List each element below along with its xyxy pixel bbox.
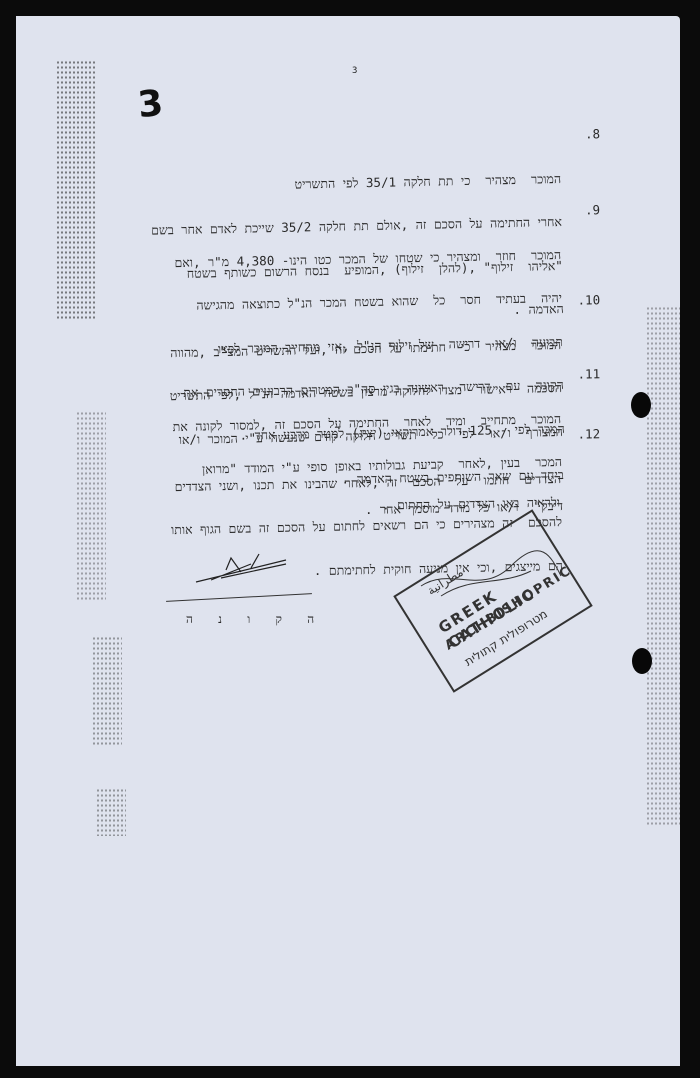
clause-number: .9	[585, 203, 600, 218]
clause-line: הצדדים חתמו על הסכם זה ,לאחר שהבינו את ת…	[41, 471, 561, 496]
scan-speckle-left-bottom	[96, 788, 126, 836]
clause-line: המוכר מצהיר כי חתימתו על הסכם זה ,ועל הת…	[41, 337, 561, 362]
seller-signature-over-stamp	[411, 536, 571, 616]
buyer-signature-label: ה ק ו נ ה	[186, 612, 323, 627]
clause-number: .10	[577, 293, 600, 308]
document-page: 3 3 .8 המוכר מצהיר כי תת חלקה 35/1 לפי ה…	[16, 16, 680, 1066]
clause-line: המוכר מצהיר כי תת חלקה 35/1 לפי התשריט	[41, 171, 561, 196]
buyer-signature	[191, 550, 311, 590]
clause-number: .8	[585, 127, 600, 142]
clause-number: .12	[577, 427, 600, 442]
scan-speckle-left-low	[92, 636, 122, 746]
clause-line: המוכר חוזר ומצהיר כי שטחו של המכר כטו הי…	[41, 247, 561, 272]
punch-hole-bottom	[632, 648, 652, 674]
clause-number: .11	[577, 367, 600, 382]
scan-speckle-right	[646, 306, 680, 826]
printed-page-number: 3	[352, 66, 357, 76]
punch-hole-top	[631, 392, 651, 418]
handwritten-page-number: 3	[136, 83, 165, 126]
